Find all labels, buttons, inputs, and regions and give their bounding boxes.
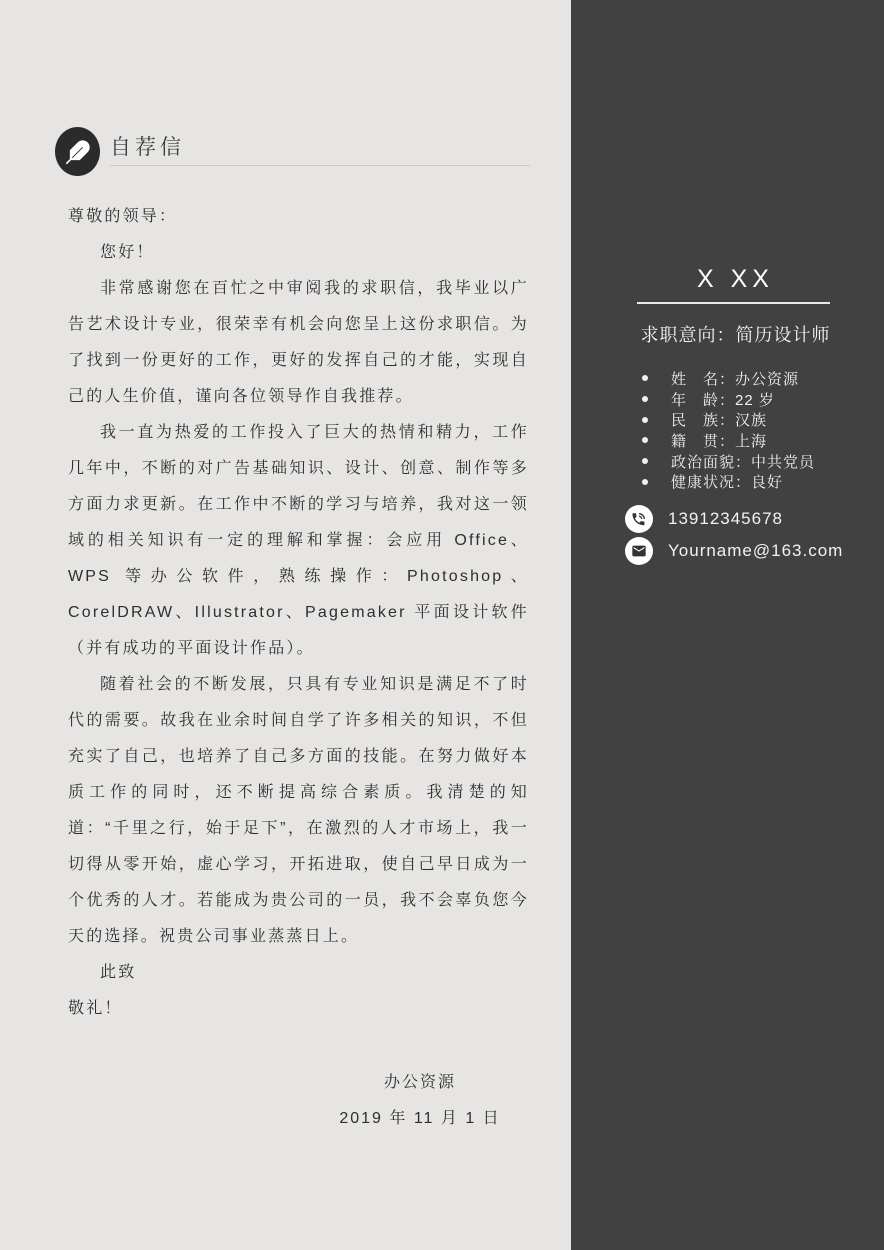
letter-paragraph-1: 非常感谢您在百忙之中审阅我的求职信，我毕业以广告艺术设计专业，很荣幸有机会向您呈…: [68, 271, 529, 415]
phone-row: 13912345678: [625, 505, 783, 533]
email-row: Yourname@163.com: [625, 537, 843, 565]
detail-text: 政治面貌：中共党员: [671, 451, 815, 472]
detail-text: 年 龄：22 岁: [671, 389, 775, 410]
closing-regards: 敬礼！: [68, 991, 529, 1027]
bullet-icon: [642, 458, 648, 464]
bullet-icon: [642, 375, 648, 381]
detail-text: 健康状况：良好: [671, 471, 783, 492]
detail-text: 姓 名：办公资源: [671, 368, 799, 389]
bullet-icon: [642, 396, 648, 402]
detail-item-ethnicity: 民 族：汉族: [571, 409, 884, 430]
detail-item-hometown: 籍 贯：上海: [571, 430, 884, 451]
bullet-icon: [642, 479, 648, 485]
letter-paragraph-2: 我一直为热爱的工作投入了巨大的热情和精力，工作几年中，不断的对广告基础知识、设计…: [68, 415, 529, 667]
candidate-name: X XX: [579, 265, 884, 294]
letter-paragraph-3: 随着社会的不断发展，只具有专业知识是满足不了时代的需要。故我在业余时间自学了许多…: [68, 667, 529, 955]
detail-item-age: 年 龄：22 岁: [571, 389, 884, 410]
detail-item-health: 健康状况：良好: [571, 471, 884, 492]
phone-icon: [625, 505, 653, 533]
detail-item-political-status: 政治面貌：中共党员: [571, 451, 884, 472]
email-address: Yourname@163.com: [668, 541, 843, 561]
email-icon: [625, 537, 653, 565]
job-intention: 求职意向：简历设计师: [579, 321, 884, 347]
signature-date: 2019 年 11 月 1 日: [270, 1101, 570, 1137]
letter-body: 尊敬的领导： 您好！ 非常感谢您在百忙之中审阅我的求职信，我毕业以广告艺术设计专…: [68, 199, 529, 1027]
bullet-icon: [642, 417, 648, 423]
bullet-icon: [642, 437, 648, 443]
signature-name: 办公资源: [270, 1065, 570, 1101]
phone-number: 13912345678: [668, 509, 783, 529]
detail-text: 民 族：汉族: [671, 409, 767, 430]
closing-salute: 此致: [68, 955, 529, 991]
profile-sidebar: X XX 求职意向：简历设计师 姓 名：办公资源 年 龄：22 岁 民 族：汉族…: [571, 0, 884, 1250]
section-title: 自荐信: [110, 131, 185, 161]
detail-text: 籍 贯：上海: [671, 430, 767, 451]
personal-details-list: 姓 名：办公资源 年 龄：22 岁 民 族：汉族 籍 贯：上海 政治面貌：中共党…: [571, 368, 884, 492]
letter-paragraph-greeting: 您好！: [68, 235, 529, 271]
signature-block: 办公资源 2019 年 11 月 1 日: [270, 1065, 570, 1137]
detail-item-name: 姓 名：办公资源: [571, 368, 884, 389]
title-underline: [110, 165, 530, 166]
feather-icon: [55, 127, 100, 176]
name-underline: [637, 302, 830, 304]
salutation: 尊敬的领导：: [68, 199, 529, 235]
